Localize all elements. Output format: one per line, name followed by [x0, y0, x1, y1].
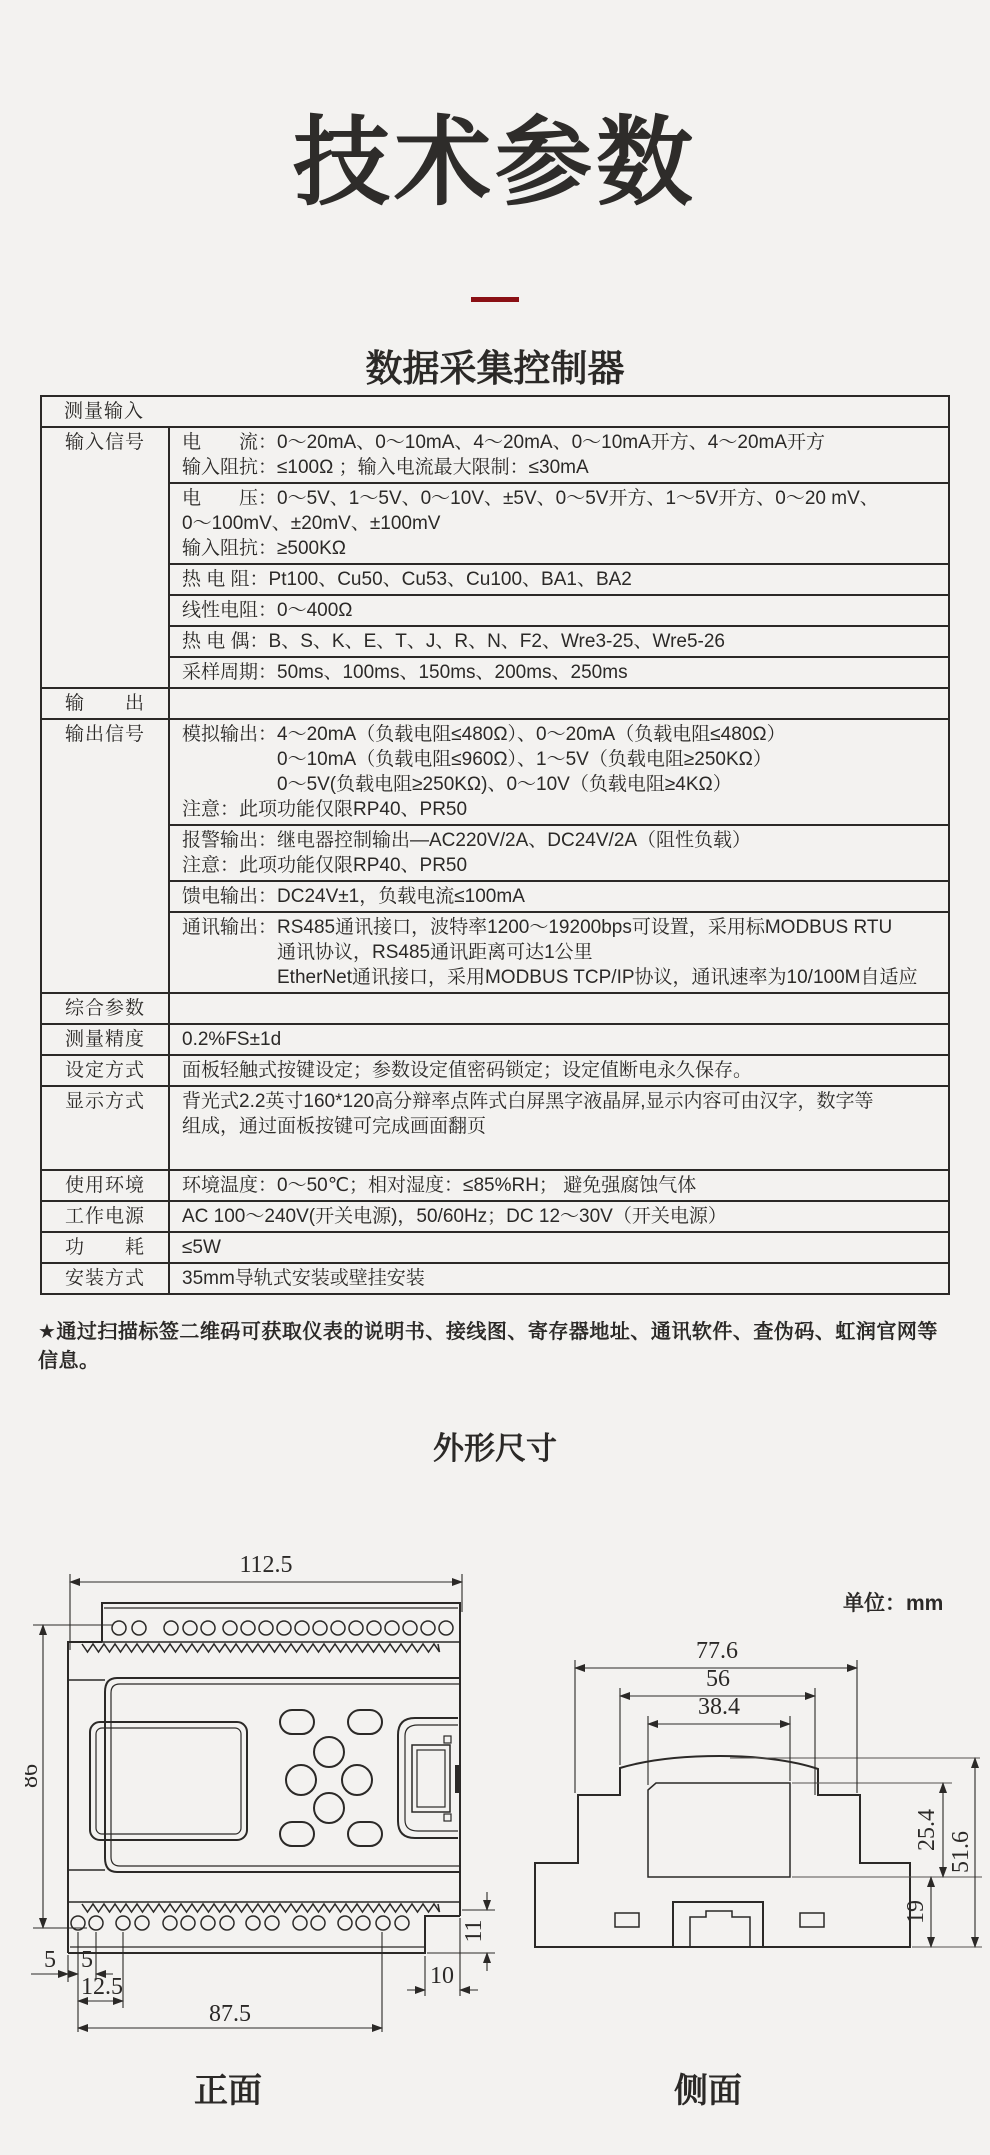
front-bottom-terminals	[71, 1916, 409, 1930]
product-title: 数据采集控制器	[0, 349, 990, 390]
side-dims-vertical: 25.4 51.6 19	[903, 1758, 975, 1947]
front-panel-seam	[68, 1678, 460, 1872]
spec-cell: 0.2%FS±1d	[170, 1025, 948, 1054]
side-dims-horizontal: 77.6 56 38.4	[575, 1638, 857, 1795]
spec-line: 馈电输出：DC24V±1，负载电流≤100mA	[182, 884, 948, 909]
spec-subrow: 线性电阻：0～400Ω	[170, 594, 948, 625]
svg-text:56: 56	[706, 1666, 730, 1692]
spec-row: 安装方式35mm导轨式安装或壁挂安装	[42, 1262, 948, 1293]
side-ref-lines	[730, 1758, 982, 1947]
spec-row-label: 设定方式	[42, 1056, 170, 1085]
spec-row-content: 环境温度：0～50℃；相对湿度：≤85%RH； 避免强腐蚀气体	[170, 1171, 948, 1200]
spec-line: 热 电 偶：B、S、K、E、T、J、R、N、F2、Wre3-25、Wre5-26	[182, 629, 948, 654]
spec-line: 输入阻抗：≤100Ω ；输入电流最大限制：≤30mA	[182, 455, 948, 480]
spec-row: 输入信号电 流：0～20mA、0～10mA、4～20mA、0～10mA开方、4～…	[42, 426, 948, 687]
spec-line: 35mm导轨式安装或壁挂安装	[182, 1266, 948, 1291]
spec-subrow: 报警输出：继电器控制输出—AC220V/2A、DC24V/2A（阻性负载）注意：…	[170, 824, 948, 880]
spec-line: 报警输出：继电器控制输出—AC220V/2A、DC24V/2A（阻性负载）	[182, 828, 948, 853]
spec-row-label: 输出信号	[42, 720, 170, 992]
front-device-outline	[68, 1603, 460, 1953]
svg-text:38.4: 38.4	[698, 1694, 740, 1720]
spec-line: 0～10mA（负载电阻≤960Ω）、1～5V（负载电阻≥250KΩ）	[182, 747, 948, 772]
spec-line: EtherNet通讯接口，采用MODBUS TCP/IP协议，通讯速率为10/1…	[182, 965, 948, 990]
spec-row-label: 输入信号	[42, 428, 170, 687]
spec-row-label: 测量精度	[42, 1025, 170, 1054]
spec-row: 使用环境环境温度：0～50℃；相对湿度：≤85%RH； 避免强腐蚀气体	[42, 1169, 948, 1200]
spec-subrow: 模拟输出：4～20mA（负载电阻≤480Ω）、0～20mA（负载电阻≤480Ω）…	[170, 720, 948, 824]
spec-row-label: 显示方式	[42, 1087, 170, 1169]
spec-line	[182, 996, 948, 1021]
spec-line: 0～5V(负载电阻≥250KΩ)、0～10V（负载电阻≥4KΩ）	[182, 772, 948, 797]
side-device-outline	[535, 1756, 910, 1947]
spec-line: 0.2%FS±1d	[182, 1027, 948, 1052]
qr-code-note: ★通过扫描标签二维码可获取仪表的说明书、接线图、寄存器地址、通讯软件、查伪码、虹…	[38, 1315, 952, 1373]
svg-text:12.5: 12.5	[81, 1974, 123, 2000]
svg-text:5: 5	[81, 1947, 93, 1973]
spec-cell: 面板轻触式按键设定；参数设定值密码锁定；设定值断电永久保存。	[170, 1056, 948, 1085]
spec-line: 注意：此项功能仅限RP40、PR50	[182, 797, 948, 822]
spec-row: 输出信号模拟输出：4～20mA（负载电阻≤480Ω）、0～20mA（负载电阻≤4…	[42, 718, 948, 992]
spec-row: 功 耗≤5W	[42, 1231, 948, 1262]
spec-subrow: 电 压：0～5V、1～5V、0～10V、±5V、0～5V开方、1～5V开方、0～…	[170, 482, 948, 563]
spec-line: 模拟输出：4～20mA（负载电阻≤480Ω）、0～20mA（负载电阻≤480Ω）	[182, 722, 948, 747]
dimension-drawings: 单位：mm 112.5	[0, 1540, 990, 2140]
spec-line: 注意：此项功能仅限RP40、PR50	[182, 853, 948, 878]
spec-row: 设定方式面板轻触式按键设定；参数设定值密码锁定；设定值断电永久保存。	[42, 1054, 948, 1085]
spec-line: 0～100mV、±20mV、±100mV	[182, 511, 948, 536]
spec-subrow: 馈电输出：DC24V±1，负载电流≤100mA	[170, 880, 948, 911]
lcd-display	[90, 1722, 247, 1840]
svg-text:5: 5	[44, 1947, 56, 1973]
spec-line: 热 电 阻：Pt100、Cu50、Cu53、Cu100、BA1、BA2	[182, 567, 948, 592]
spec-subrow: 热 电 偶：B、S、K、E、T、J、R、N、F2、Wre3-25、Wre5-26	[170, 625, 948, 656]
spec-line: 电 流：0～20mA、0～10mA、4～20mA、0～10mA开方、4～20mA…	[182, 430, 948, 455]
spec-line: 采样周期：50ms、100ms、150ms、200ms、250ms	[182, 660, 948, 685]
side-connector	[398, 1718, 459, 1838]
spec-row-label: 综合参数	[42, 994, 170, 1023]
svg-text:11: 11	[461, 1919, 487, 1942]
dimensions-heading: 外形尺寸	[0, 1423, 990, 1468]
svg-text:25.4: 25.4	[914, 1809, 940, 1851]
spec-row: 显示方式背光式2.2英寸160*120高分辩率点阵式白屏黑字液晶屏,显示内容可由…	[42, 1085, 948, 1169]
svg-text:112.5: 112.5	[239, 1552, 292, 1578]
spec-line: 背光式2.2英寸160*120高分辩率点阵式白屏黑字液晶屏,显示内容可由汉字，数…	[182, 1089, 948, 1114]
spec-cell: 环境温度：0～50℃；相对湿度：≤85%RH； 避免强腐蚀气体	[170, 1171, 948, 1200]
spec-line: AC 100～240V(开关电源)，50/60Hz；DC 12～30V（开关电源…	[182, 1204, 948, 1229]
spec-row-content: 0.2%FS±1d	[170, 1025, 948, 1054]
spec-cell: 背光式2.2英寸160*120高分辩率点阵式白屏黑字液晶屏,显示内容可由汉字，数…	[170, 1087, 948, 1169]
front-bottom-vent-zigzag	[82, 1904, 440, 1912]
spec-table: 测量输入输入信号电 流：0～20mA、0～10mA、4～20mA、0～10mA开…	[40, 395, 950, 1295]
svg-text:87.5: 87.5	[209, 2001, 251, 2027]
spec-row-content: 电 流：0～20mA、0～10mA、4～20mA、0～10mA开方、4～20mA…	[170, 428, 948, 687]
spec-row: 测量精度0.2%FS±1d	[42, 1023, 948, 1054]
spec-cell: ≤5W	[170, 1233, 948, 1262]
spec-row-label: 工作电源	[42, 1202, 170, 1231]
spec-row-label: 使用环境	[42, 1171, 170, 1200]
spec-subrow: 通讯输出：RS485通讯接口，波特率1200～19200bps可设置，采用标MO…	[170, 911, 948, 992]
spec-row-label: 安装方式	[42, 1264, 170, 1293]
svg-text:19: 19	[903, 1900, 929, 1924]
spec-row: 综合参数	[42, 992, 948, 1023]
spec-row-label: 输 出	[42, 689, 170, 718]
spec-cell: AC 100～240V(开关电源)，50/60Hz；DC 12～30V（开关电源…	[170, 1202, 948, 1231]
svg-text:86: 86	[25, 1764, 43, 1788]
unit-label: 单位：mm	[843, 1587, 943, 1617]
spec-cell: 35mm导轨式安装或壁挂安装	[170, 1264, 948, 1293]
spec-row: 测量输入	[42, 397, 948, 426]
spec-row-content	[170, 689, 948, 718]
spec-subrow: 采样周期：50ms、100ms、150ms、200ms、250ms	[170, 656, 948, 687]
front-top-vent-zigzag	[82, 1644, 440, 1652]
svg-text:77.6: 77.6	[696, 1638, 738, 1664]
spec-row-label: 功 耗	[42, 1233, 170, 1262]
spec-row: 输 出	[42, 687, 948, 718]
front-view-drawing: 112.5 86	[25, 1550, 500, 2040]
spec-cell	[170, 689, 948, 718]
spec-row-content: 35mm导轨式安装或壁挂安装	[170, 1264, 948, 1293]
spec-subrow: 热 电 阻：Pt100、Cu50、Cu53、Cu100、BA1、BA2	[170, 563, 948, 594]
page: 技术参数 数据采集控制器 测量输入输入信号电 流：0～20mA、0～10mA、4…	[0, 0, 990, 2155]
spec-line: ≤5W	[182, 1235, 948, 1260]
spec-cell	[170, 994, 948, 1023]
spec-line: 线性电阻：0～400Ω	[182, 598, 948, 623]
spec-line	[182, 691, 948, 716]
keypad	[280, 1710, 382, 1846]
spec-row-content: 面板轻触式按键设定；参数设定值密码锁定；设定值断电永久保存。	[170, 1056, 948, 1085]
spec-line: 环境温度：0～50℃；相对湿度：≤85%RH； 避免强腐蚀气体	[182, 1173, 948, 1198]
spec-row: 工作电源AC 100～240V(开关电源)，50/60Hz；DC 12～30V（…	[42, 1200, 948, 1231]
side-view-drawing: 77.6 56 38.4 25.4 51.6 19	[530, 1635, 990, 2005]
front-view-label: 正面	[148, 2063, 308, 2112]
spec-row-content: 背光式2.2英寸160*120高分辩率点阵式白屏黑字液晶屏,显示内容可由汉字，数…	[170, 1087, 948, 1169]
spec-row-content	[170, 994, 948, 1023]
front-top-terminals	[112, 1621, 453, 1635]
spec-line: 通讯协议，RS485通讯距离可达1公里	[182, 940, 948, 965]
spec-row-content: 模拟输出：4～20mA（负载电阻≤480Ω）、0～20mA（负载电阻≤480Ω）…	[170, 720, 948, 992]
spec-section-label: 测量输入	[42, 397, 948, 426]
red-dash-divider	[471, 297, 519, 302]
spec-line: 输入阻抗：≥500KΩ	[182, 536, 948, 561]
svg-text:10: 10	[430, 1963, 454, 1989]
side-view-label: 侧面	[628, 2063, 788, 2112]
spec-line: 组成，通过面板按键可完成画面翻页	[182, 1114, 948, 1139]
spec-line: 通讯输出：RS485通讯接口，波特率1200～19200bps可设置，采用标MO…	[182, 915, 948, 940]
page-title: 技术参数	[0, 0, 990, 213]
spec-subrow: 电 流：0～20mA、0～10mA、4～20mA、0～10mA开方、4～20mA…	[170, 428, 948, 482]
spec-line: 电 压：0～5V、1～5V、0～10V、±5V、0～5V开方、1～5V开方、0～…	[182, 486, 948, 511]
spec-row-content: ≤5W	[170, 1233, 948, 1262]
svg-text:51.6: 51.6	[948, 1831, 974, 1873]
spec-row-content: AC 100～240V(开关电源)，50/60Hz；DC 12～30V（开关电源…	[170, 1202, 948, 1231]
spec-line: 面板轻触式按键设定；参数设定值密码锁定；设定值断电永久保存。	[182, 1058, 948, 1083]
front-bottom-dims: 5 5 12.5 87.5 10 11	[31, 1892, 495, 2032]
